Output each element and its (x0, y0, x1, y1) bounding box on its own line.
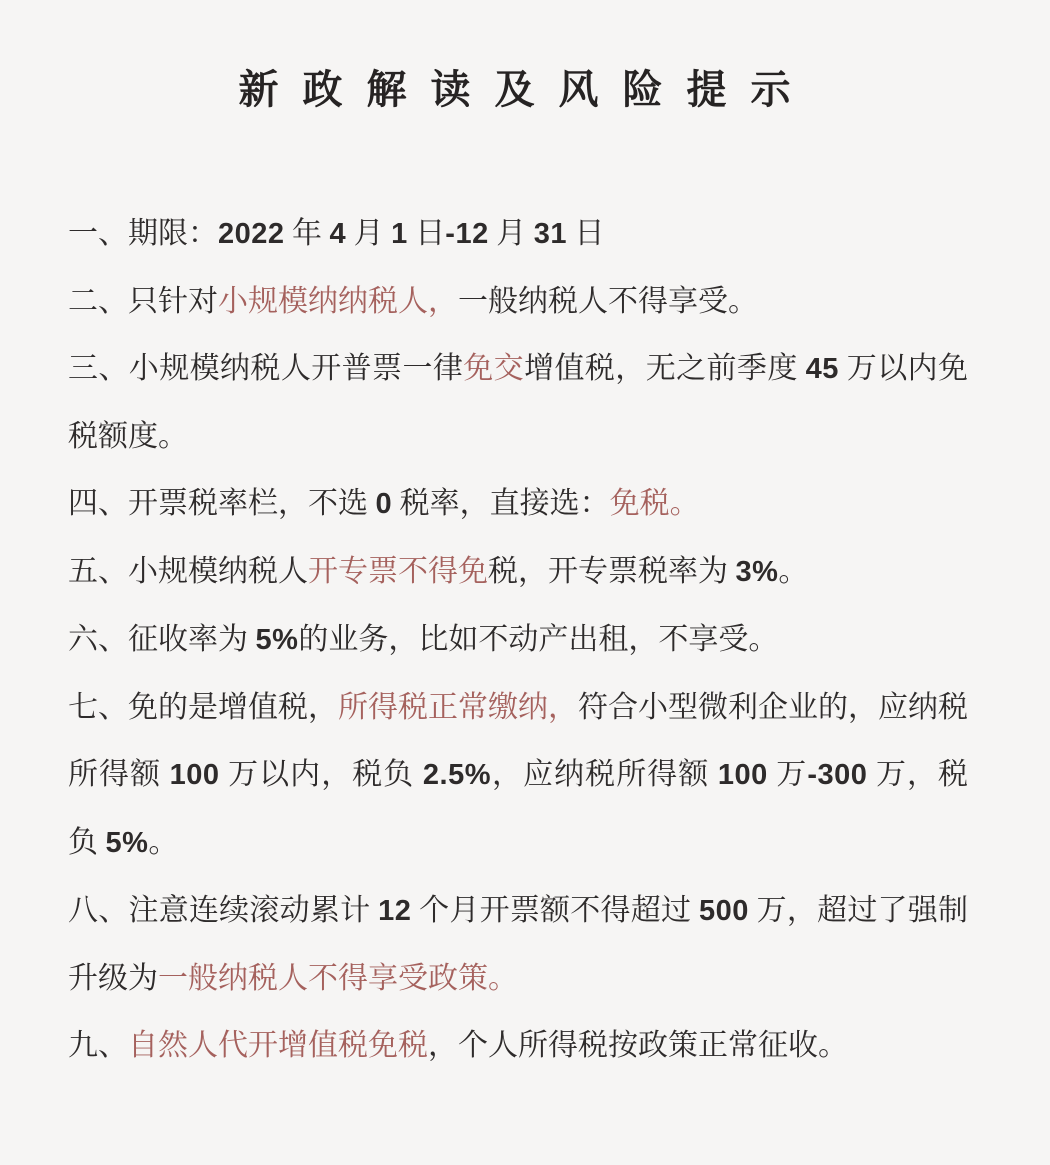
numeric-text: 0 (376, 488, 393, 520)
policy-item: 八、注意连续滚动累计 12 个月开票额不得超过 500 万，超过了强制升级为一般… (68, 877, 968, 1012)
numeric-text: 3% (736, 556, 779, 588)
numeric-text: 1 (391, 218, 408, 250)
numeric-text: -300 (807, 759, 867, 791)
numeric-text: 2.5% (423, 759, 491, 791)
text-segment: 四、开票税率栏，不选 0 税率，直接选： (68, 487, 610, 520)
highlighted-text: 免交 (463, 352, 524, 385)
numeric-text: -12 (445, 218, 488, 250)
text-segment: 一般纳税人不得享受。 (458, 285, 758, 318)
numeric-text: 31 (534, 218, 567, 250)
policy-item: 五、小规模纳税人开专票不得免税，开专票税率为 3%。 (68, 538, 968, 606)
highlighted-text: 小规模纳纳税人， (218, 285, 458, 318)
highlighted-text: 所得税正常缴纳， (338, 691, 578, 724)
text-segment: 二、只针对 (68, 285, 218, 318)
text-segment: 七、免的是增值税， (68, 691, 338, 724)
policy-item: 二、只针对小规模纳纳税人，一般纳税人不得享受。 (68, 268, 968, 335)
text-segment: 五、小规模纳税人 (68, 555, 308, 588)
text-segment: ，个人所得税按政策正常征收。 (428, 1029, 848, 1062)
numeric-text: 100 (718, 759, 768, 791)
text-segment: 税，开专票税率为 3%。 (488, 555, 808, 588)
highlighted-text: 免税。 (610, 487, 700, 520)
policy-item: 四、开票税率栏，不选 0 税率，直接选：免税。 (68, 470, 968, 538)
numeric-text: 5% (256, 624, 299, 656)
document-body: 新 政 解 读 及 风 险 提 示 一、期限：2022 年 4 月 1 日-12… (0, 0, 1050, 1079)
policy-item: 九、自然人代开增值税免税，个人所得税按政策正常征收。 (68, 1012, 968, 1079)
document-page: 新 政 解 读 及 风 险 提 示 一、期限：2022 年 4 月 1 日-12… (0, 0, 1050, 1165)
text-segment: 六、征收率为 5%的业务，比如不动产出租，不享受。 (68, 623, 778, 656)
numeric-text: 12 (378, 895, 411, 927)
numeric-text: 4 (330, 218, 347, 250)
policy-item: 三、小规模纳税人开普票一律免交增值税，无之前季度 45 万以内免税额度。 (68, 335, 968, 470)
policy-item: 六、征收率为 5%的业务，比如不动产出租，不享受。 (68, 606, 968, 674)
numeric-text: 45 (806, 353, 839, 385)
policy-item: 七、免的是增值税，所得税正常缴纳，符合小型微利企业的，应纳税所得额 100 万以… (68, 674, 968, 877)
policy-list: 一、期限：2022 年 4 月 1 日-12 月 31 日二、只针对小规模纳纳税… (68, 200, 968, 1079)
numeric-text: 2022 (218, 218, 285, 250)
text-segment: 九、 (68, 1029, 128, 1062)
page-title: 新 政 解 读 及 风 险 提 示 (68, 70, 968, 110)
text-segment: 一、期限：2022 年 4 月 1 日-12 月 31 日 (68, 217, 604, 250)
highlighted-text: 开专票不得免 (308, 555, 488, 588)
numeric-text: 5% (106, 827, 149, 859)
highlighted-text: 一般纳税人不得享受政策。 (158, 962, 518, 995)
text-segment: 三、小规模纳税人开普票一律 (68, 352, 463, 385)
numeric-text: 100 (170, 759, 220, 791)
highlighted-text: 自然人代开增值税免税 (128, 1029, 428, 1062)
policy-item: 一、期限：2022 年 4 月 1 日-12 月 31 日 (68, 200, 968, 268)
numeric-text: 500 (699, 895, 749, 927)
